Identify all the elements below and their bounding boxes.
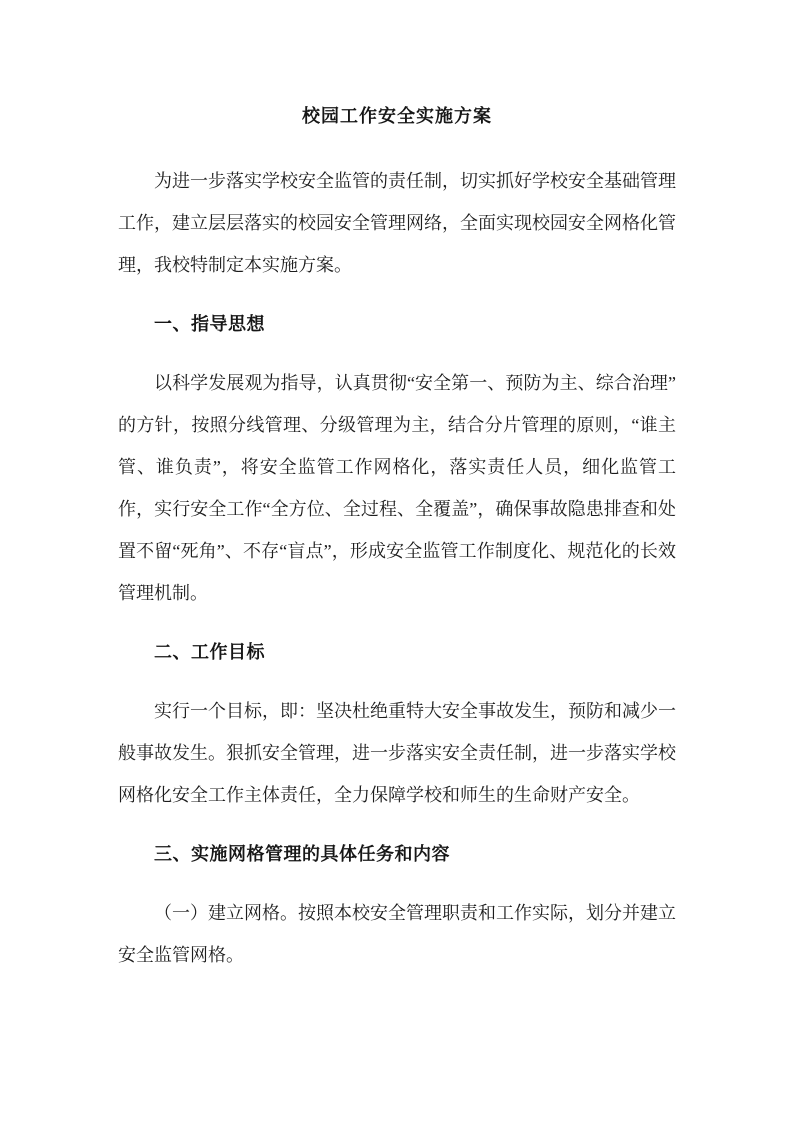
intro-paragraph: 为进一步落实学校安全监管的责任制，切实抓好学校安全基础管理工作，建立层层落实的校…	[118, 160, 676, 286]
section-heading-grid-management-tasks: 三、实施网格管理的具体任务和内容	[118, 833, 676, 875]
grid-establishment-paragraph: （一）建立网格。按照本校安全管理职责和工作实际，划分并建立安全监管网格。	[118, 892, 676, 976]
section-heading-guiding-ideology: 一、指导思想	[118, 303, 676, 345]
document-page: 校园工作安全实施方案 为进一步落实学校安全监管的责任制，切实抓好学校安全基础管理…	[0, 0, 793, 1122]
section-heading-work-goals: 二、工作目标	[118, 631, 676, 673]
document-title: 校园工作安全实施方案	[118, 95, 676, 137]
guiding-ideology-paragraph: 以科学发展观为指导，认真贯彻“安全第一、预防为主、综合治理”的方针，按照分线管理…	[118, 362, 676, 614]
work-goals-paragraph: 实行一个目标，即：坚决杜绝重特大安全事故发生，预防和减少一般事故发生。狠抓安全管…	[118, 690, 676, 816]
